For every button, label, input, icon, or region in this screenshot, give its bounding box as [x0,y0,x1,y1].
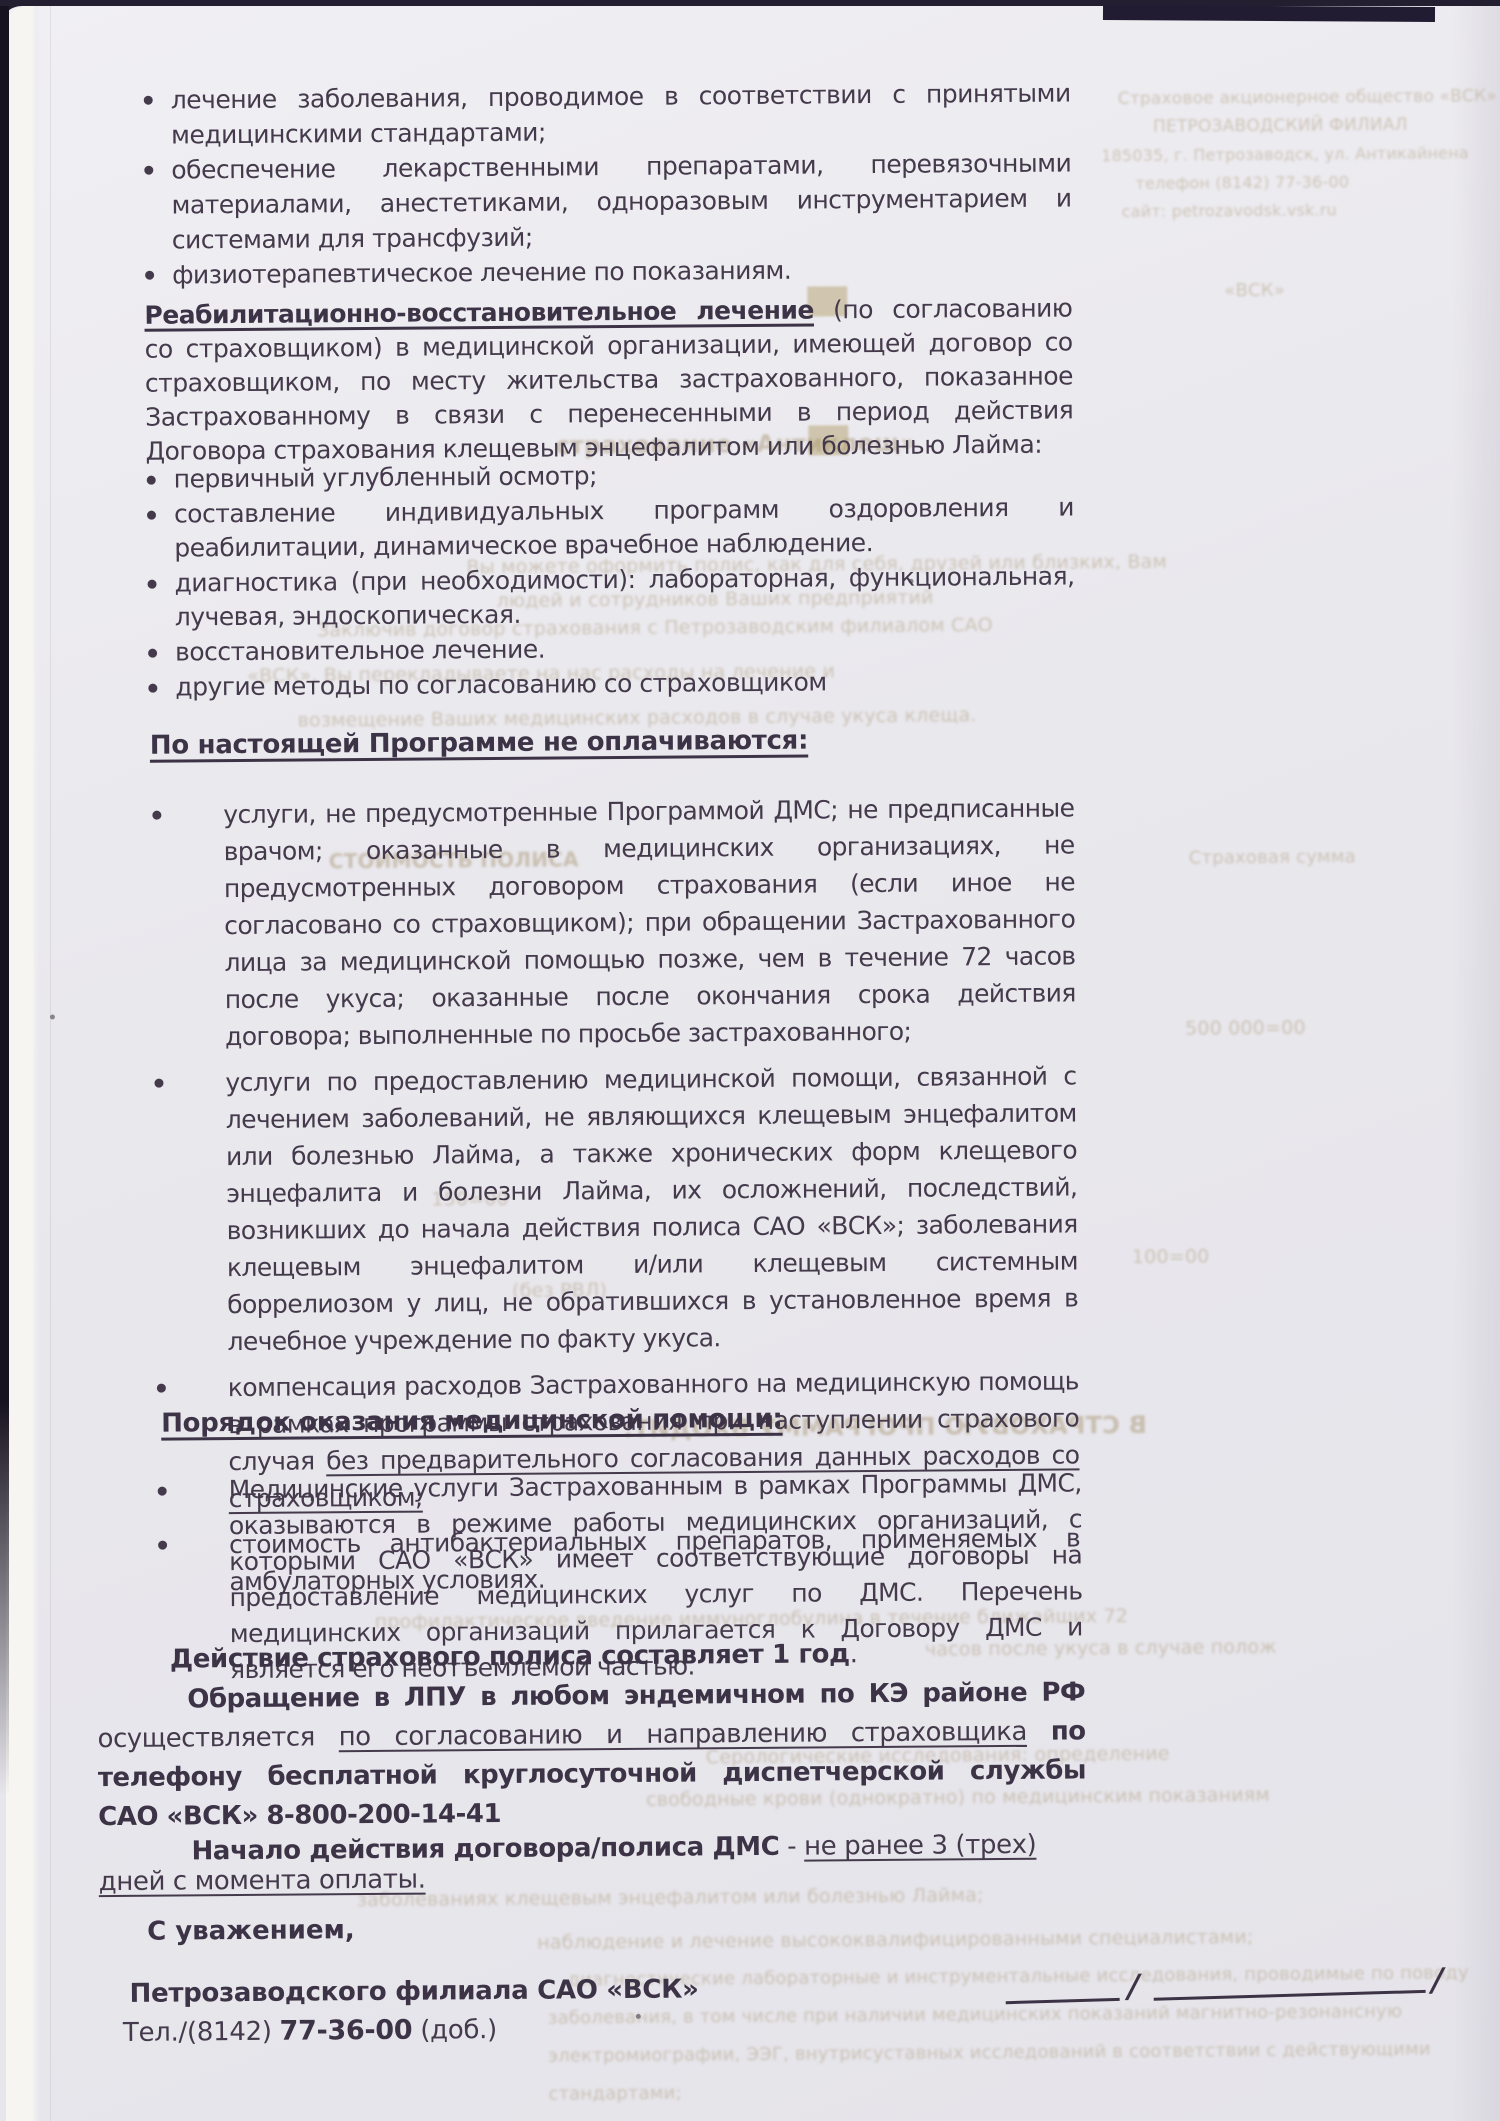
heading-care-procedure: Порядок оказания медицинской помощи: [161,1404,783,1439]
paragraph-policy-start: Начало действия договора/полиса ДМС - не… [98,1829,1086,1897]
paragraph-rehab-treatment: Реабилитационно-восстановительное лечени… [144,291,1073,468]
scanner-edge [0,6,9,1796]
phone-number: 77-36-00 [279,2015,412,2047]
text-run: Начало действия договора/полиса ДМС [191,1832,779,1867]
text-run: . [850,1639,858,1669]
signature-line [1006,1998,1120,2004]
list-item: лечение заболевания, проводимое в соотве… [141,75,1072,152]
list-item: диагностика (при необходимости): лаборат… [144,559,1075,634]
list-item: обеспечение лекарственными препаратами, … [141,145,1072,257]
list-item: услуги по предоставлению медицинской пом… [150,1057,1078,1360]
paragraph-policy-duration: Действие страхового полиса составляет 1 … [170,1639,858,1674]
text-run: осуществляется [98,1722,339,1754]
signature-slash: / [1124,1967,1143,2005]
text-run: по согласованию и направлению страховщик… [339,1717,1027,1752]
bullet-list-covered-services: лечение заболевания, проводимое в соотве… [141,75,1073,292]
scan-tilt-wrapper: Страховое акционерное общество «ВСК»ПЕТР… [0,0,1500,2121]
list-item: услуги, не предусмотренные Программой ДМ… [148,789,1076,1055]
scan-artifact-bar [1103,5,1435,22]
list-item: другие методы по согласованию со страхов… [145,663,1075,704]
signature-name: Петрозаводского филиала САО «ВСК» [130,1974,699,2008]
paragraph-lpu-appeal: Обращение в ЛПУ в любом эндемичном по КЭ… [97,1673,1086,1837]
closing-salutation: С уважением, [147,1915,355,1947]
heading-not-covered: По настоящей Программе не оплачиваются: [150,726,809,761]
text-run: Обращение в ЛПУ в любом эндемичном по КЭ… [187,1677,1085,1714]
text-run: Действие страхового полиса составляет 1 … [170,1639,850,1674]
phone-suffix: (доб.) [412,2015,497,2046]
scanned-page: Страховое акционерное общество «ВСК»ПЕТР… [0,6,1500,2121]
list-item: физиотерапевтическое лечение по показани… [142,250,1072,292]
bullet-list-rehab-services: первичный углубленный осмотр;составление… [144,455,1076,705]
text-run: - [779,1832,804,1862]
text-run: Реабилитационно-восстановительное лечени… [144,295,814,329]
document-content: лечение заболевания, проводимое в соотве… [0,0,1500,2121]
list-item: составление индивидуальных программ оздо… [144,490,1075,565]
text-run [1027,1717,1051,1747]
signature-line [1154,1990,1426,2001]
signature-slash: / [1428,1961,1447,1999]
phone-prefix: Тел./(8142) [123,2017,280,2048]
phone-line: Тел./(8142) 77-36-00 (доб.) [123,2014,497,2048]
